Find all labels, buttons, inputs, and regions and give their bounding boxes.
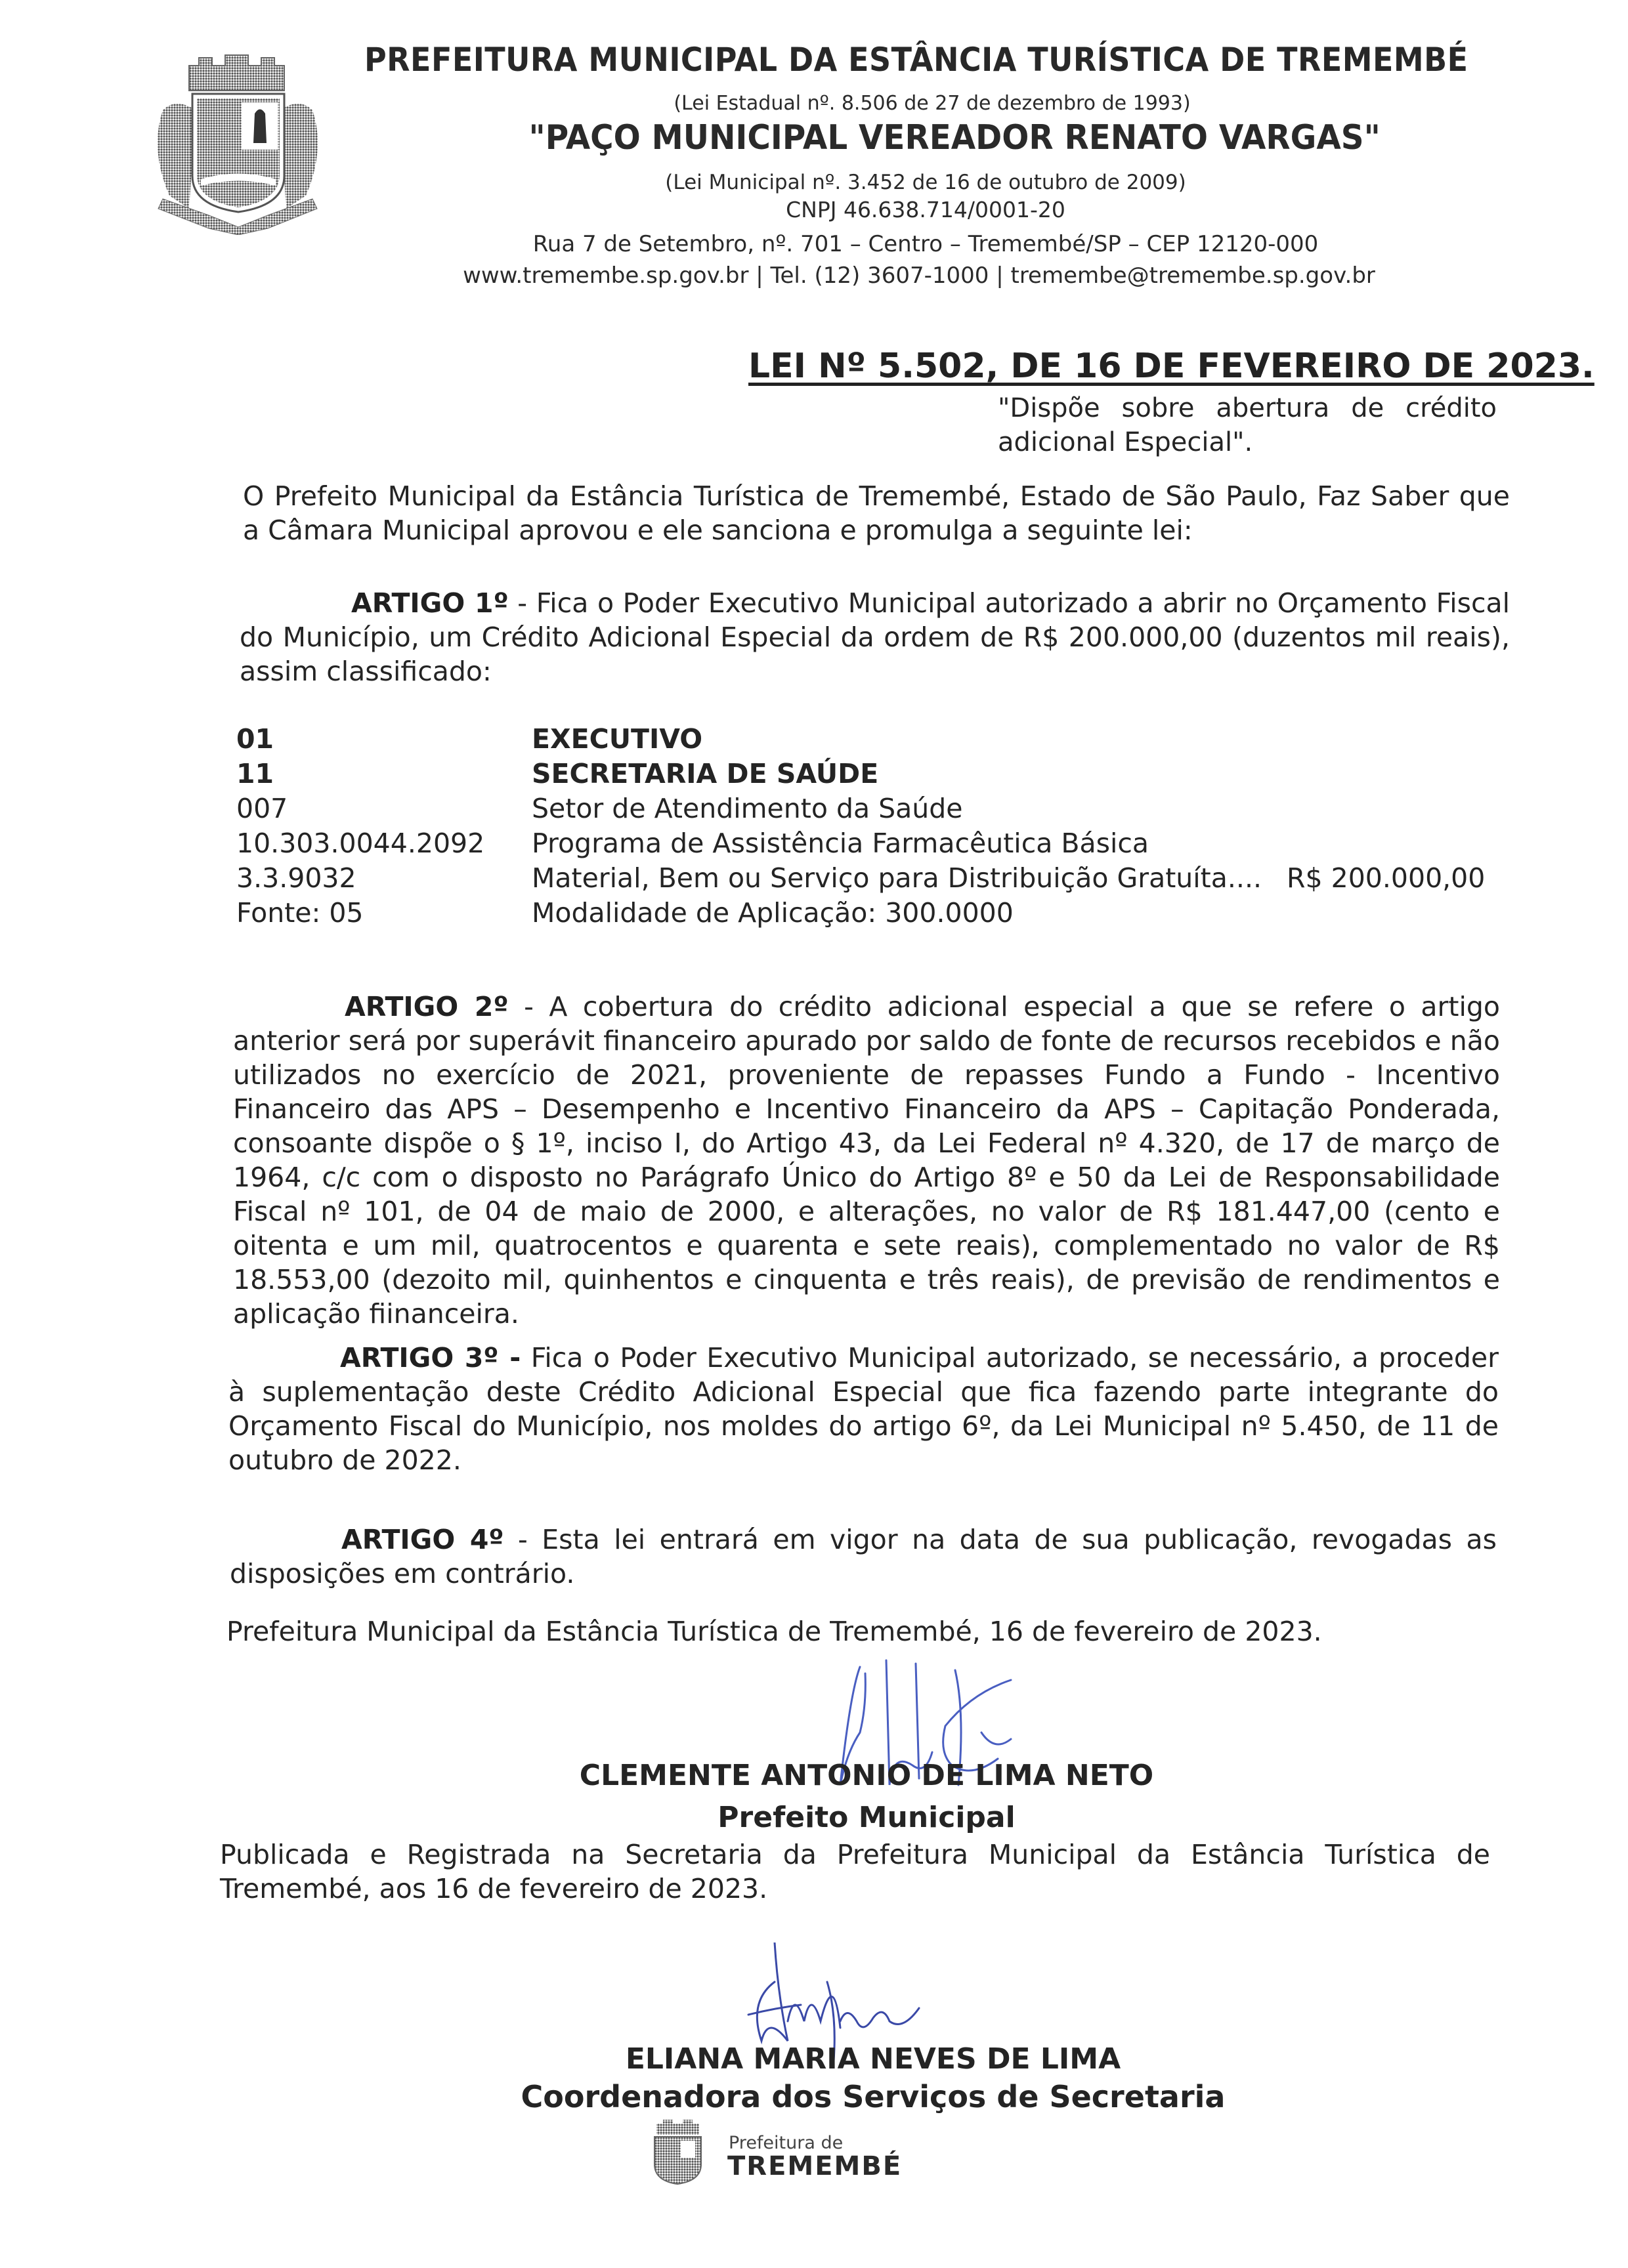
classification-code: 11 [236,758,274,789]
classification-description: Modalidade de Aplicação: 300.0000 [532,897,1014,929]
classification-description: Material, Bem ou Serviço para Distribuiç… [532,862,1262,894]
law-ementa: "Dispõe sobre abertura de crédito adicio… [998,391,1497,459]
classification-code: 3.3.9032 [236,862,356,894]
address: Rua 7 de Setembro, nº. 701 – Centro – Tr… [499,231,1352,257]
coat-of-arms-icon [150,51,326,235]
article-1: ARTIGO 1º - Fica o Poder Executivo Munic… [240,586,1510,688]
clerk-role: Coordenadora dos Serviços de Secretaria [512,2079,1234,2114]
classification-description: EXECUTIVO [532,723,702,755]
classification-code: 01 [236,723,274,755]
classification-description: SECRETARIA DE SAÚDE [532,758,878,789]
classification-value: R$ 200.000,00 [1287,862,1485,894]
state-law-reference: (Lei Estadual nº. 8.506 de 27 de dezembr… [670,92,1195,115]
header-title: PREFEITURA MUNICIPAL DA ESTÂNCIA TURÍSTI… [364,41,1403,79]
article-2-label: ARTIGO 2º [345,991,509,1022]
article-3-label: ARTIGO 3º - [340,1342,521,1374]
classification-code: Fonte: 05 [236,897,364,929]
footer-logo: Prefeitura de TREMEMBÉ [647,2118,922,2191]
footer-logo-small-text: Prefeitura de [729,2133,843,2153]
cnpj: CNPJ 46.638.714/0001-20 [663,197,1188,222]
article-2-text: - A cobertura do crédito adicional espec… [233,991,1500,1330]
classification-row: 10.303.0044.2092Programa de Assistência … [236,828,1536,862]
article-3: ARTIGO 3º - Fica o Poder Executivo Munic… [228,1341,1499,1477]
classification-row: 007Setor de Atendimento da Saúde [236,793,1536,828]
article-1-label: ARTIGO 1º [351,587,509,619]
law-title: LEI Nº 5.502, DE 16 DE FEVEREIRO DE 2023… [748,346,1595,386]
classification-row: 11SECRETARIA DE SAÚDE [236,758,1536,793]
classification-row: Fonte: 05Modalidade de Aplicação: 300.00… [236,897,1536,932]
clerk-name: ELIANA MARIA NEVES DE LIMA [512,2042,1234,2076]
classification-code: 10.303.0044.2092 [236,828,484,859]
publication-note: Publicada e Registrada na Secretaria da … [220,1837,1490,1906]
mayor-name: CLEMENTE ANTONIO DE LIMA NETO [571,1759,1162,1792]
classification-row: 3.3.9032Material, Bem ou Serviço para Di… [236,862,1536,897]
article-4-label: ARTIGO 4º [341,1524,504,1555]
budget-classification: 01EXECUTIVO11SECRETARIA DE SAÚDE007Setor… [236,723,1536,932]
classification-row: 01EXECUTIVO [236,723,1536,758]
classification-description: Setor de Atendimento da Saúde [532,793,963,824]
municipal-law-reference: (Lei Municipal nº. 3.452 de 16 de outubr… [663,171,1188,194]
article-2: ARTIGO 2º - A cobertura do crédito adici… [233,990,1500,1331]
mayor-role: Prefeito Municipal [571,1801,1162,1834]
footer-logo-big-text: TREMEMBÉ [727,2151,902,2181]
article-4: ARTIGO 4º - Esta lei entrará em vigor na… [230,1522,1497,1591]
closing-date-line: Prefeitura Municipal da Estância Turísti… [226,1616,1474,1647]
classification-description: Programa de Assistência Farmacêutica Bás… [532,828,1149,859]
contact-line: www.tremembe.sp.gov.br | Tel. (12) 3607-… [460,262,1379,289]
classification-code: 007 [236,793,288,824]
footer-crest-icon [647,2118,709,2187]
intro-paragraph: O Prefeito Municipal da Estância Turísti… [243,479,1510,547]
building-name: "PAÇO MUNICIPAL VEREADOR RENATO VARGAS" [529,118,1323,157]
